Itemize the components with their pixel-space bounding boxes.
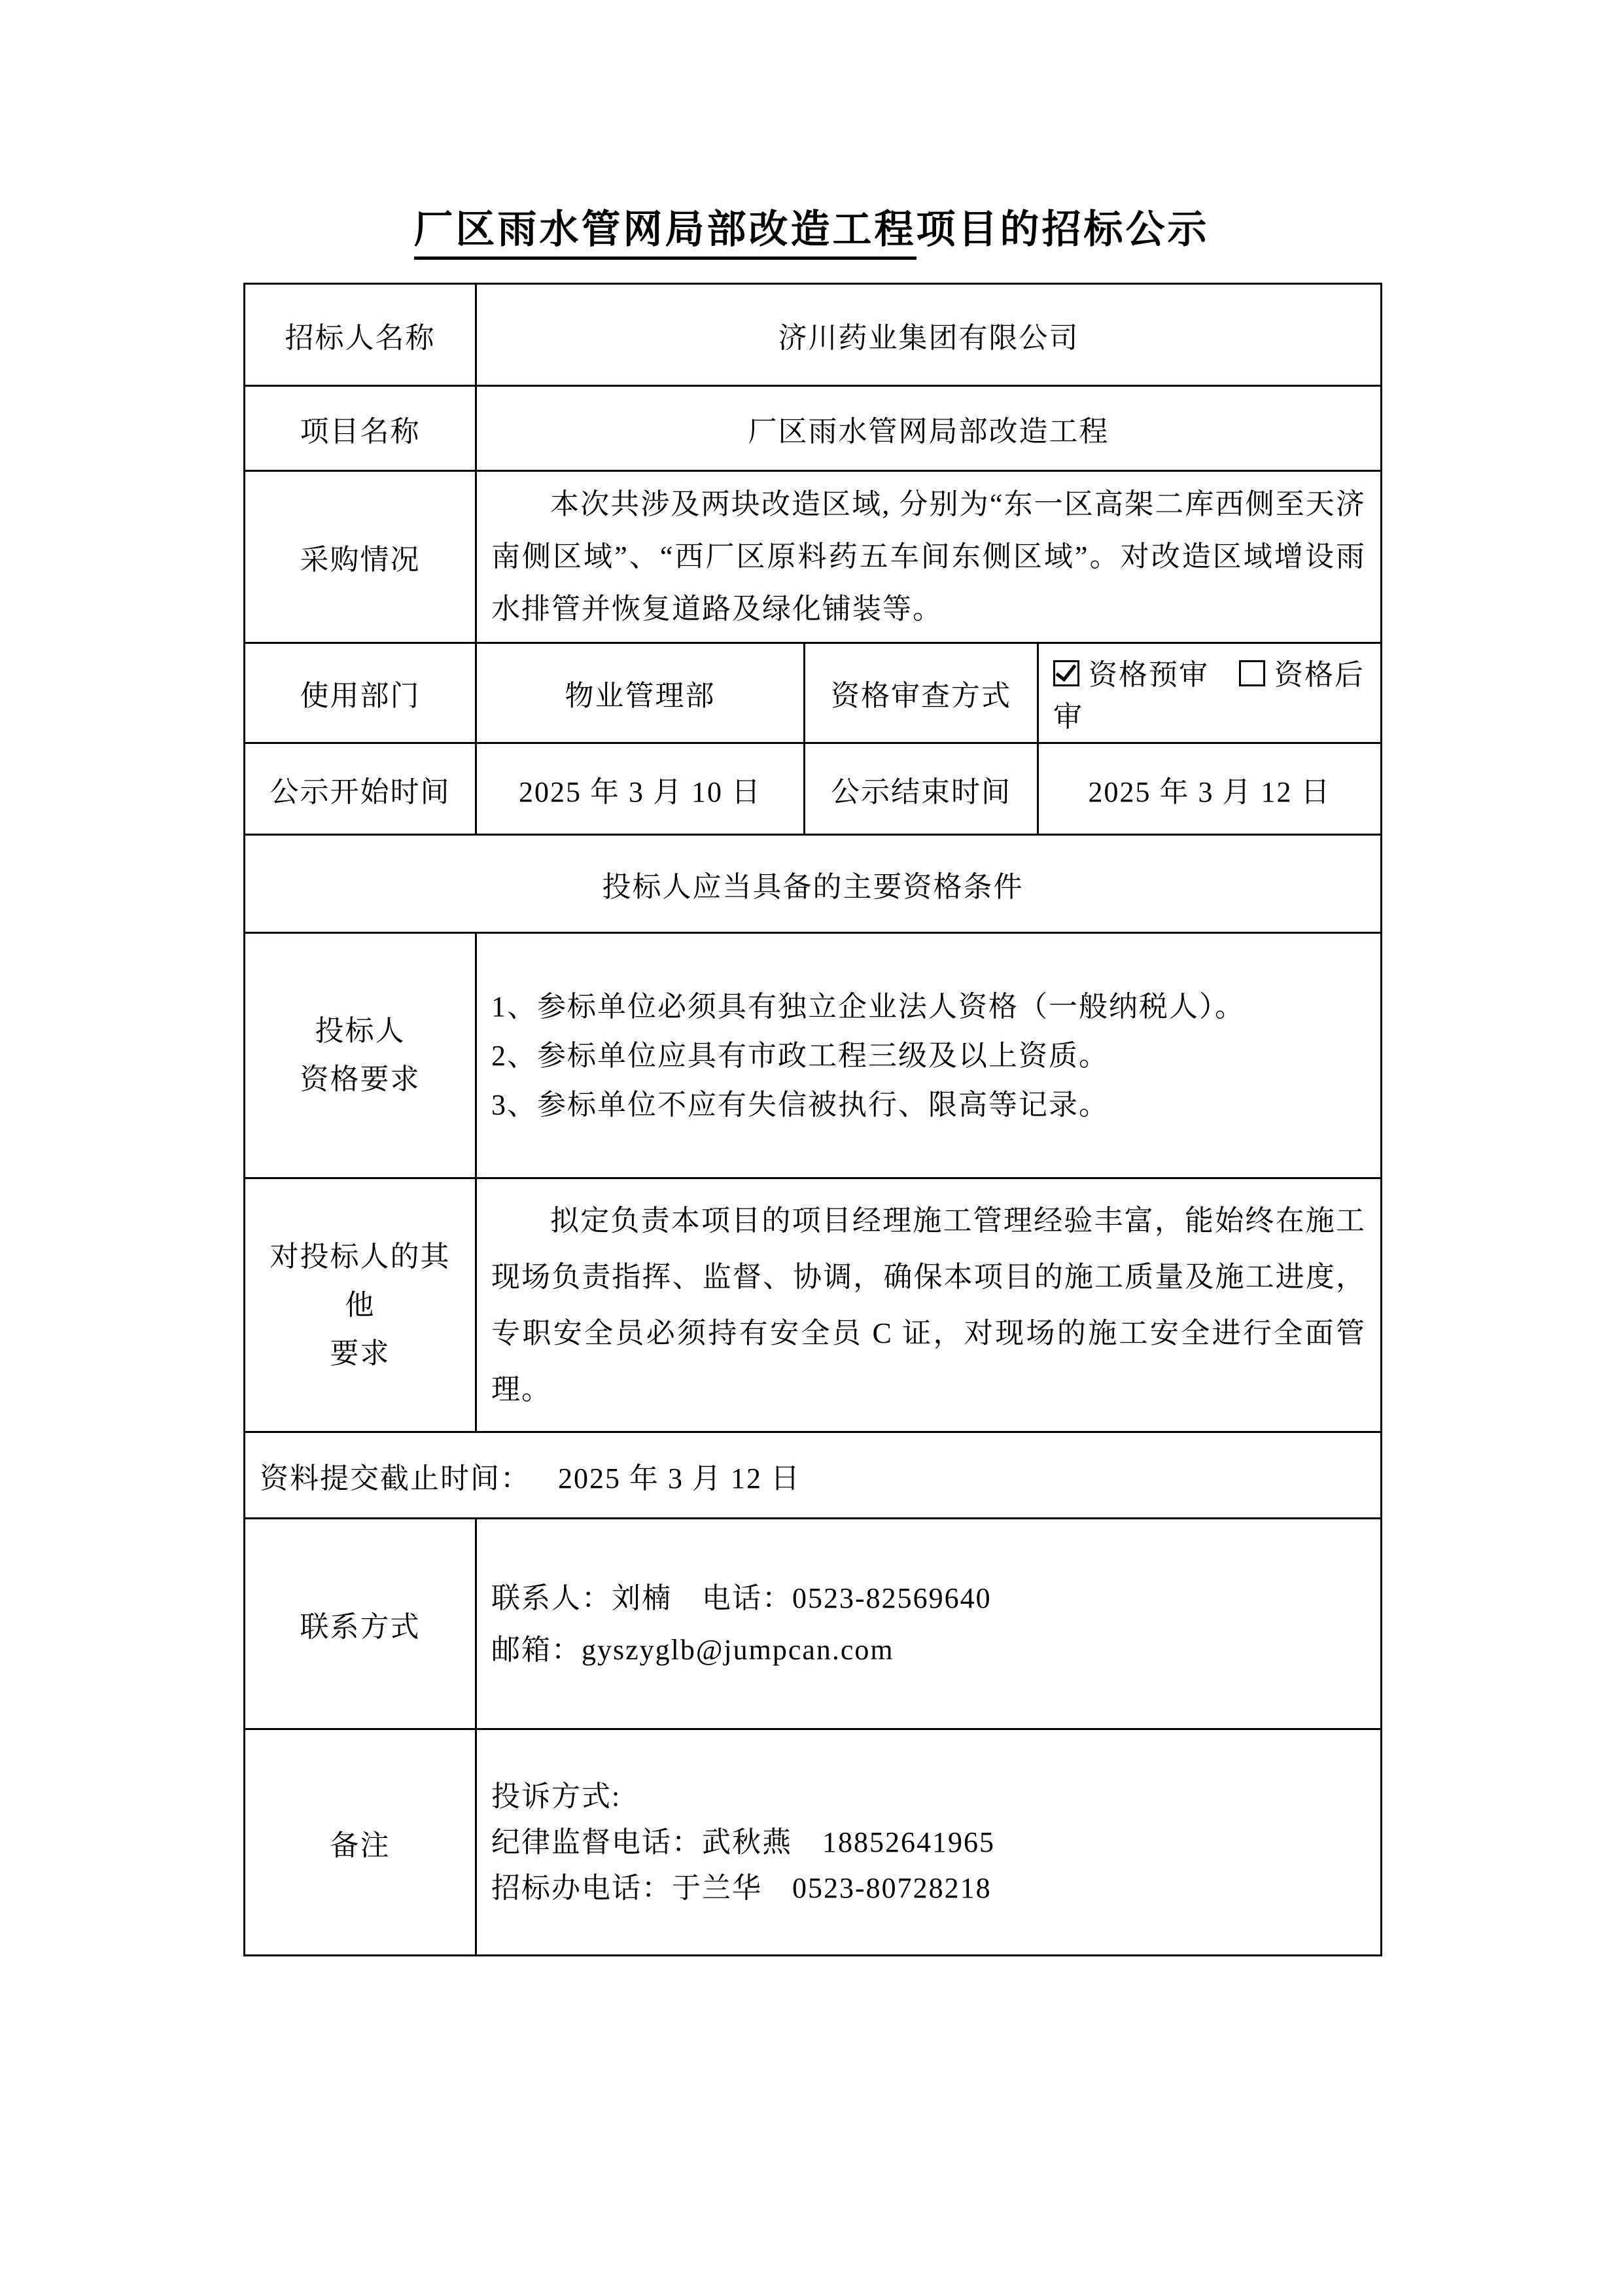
remarks-line1: 投诉方式: [491, 1774, 1366, 1820]
row-publicity-period: 公示开始时间 2025 年 3 月 10 日 公示结束时间 2025 年 3 月… [245, 743, 1382, 835]
using-department-value: 物业管理部 [476, 643, 805, 743]
publicity-start-label: 公示开始时间 [245, 743, 476, 835]
publicity-end-value: 2025 年 3 月 12 日 [1038, 743, 1382, 835]
page-title-underlined: 厂区雨水管网局部改造工程 [414, 208, 916, 260]
row-qualification-header: 投标人应当具备的主要资格条件 [245, 835, 1382, 933]
row-submission-deadline: 资料提交截止时间：2025 年 3 月 12 日 [245, 1432, 1382, 1519]
other-requirements-label-line2: 要求 [260, 1330, 461, 1378]
tender-table: 招标人名称 济川药业集团有限公司 项目名称 厂区雨水管网局部改造工程 采购情况 … [243, 283, 1382, 1956]
project-name-value: 厂区雨水管网局部改造工程 [476, 386, 1382, 471]
publicity-start-value: 2025 年 3 月 10 日 [476, 743, 805, 835]
row-contact: 联系方式 联系人：刘楠 电话：0523-82569640 邮箱：gyszyglb… [245, 1519, 1382, 1729]
bidder-qualification-label-line1: 投标人 [260, 1007, 461, 1055]
qualification-item-2: 2、参标单位应具有市政工程三级及以上资质。 [491, 1031, 1366, 1080]
document-page: 厂区雨水管网局部改造工程项目的招标公示 招标人名称 济川药业集团有限公司 项目名… [0, 0, 1623, 2296]
remarks-label: 备注 [245, 1729, 476, 1956]
row-bidder-name: 招标人名称 济川药业集团有限公司 [245, 284, 1382, 386]
bidder-qualification-items: 1、参标单位必须具有独立企业法人资格（一般纳税人）。 2、参标单位应具有市政工程… [476, 933, 1382, 1178]
submission-deadline-value: 2025 年 3 月 12 日 [558, 1462, 801, 1494]
other-requirements-label: 对投标人的其他 要求 [245, 1178, 476, 1432]
remarks-cell: 投诉方式: 纪律监督电话：武秋燕 18852641965 招标办电话：于兰华 0… [476, 1729, 1382, 1956]
qualification-review-label: 资格审查方式 [805, 643, 1038, 743]
contact-email-line: 邮箱：gyszyglb@jumpcan.com [491, 1624, 1366, 1676]
using-department-label: 使用部门 [245, 643, 476, 743]
publicity-end-label: 公示结束时间 [805, 743, 1038, 835]
checkbox-unchecked-icon [1239, 660, 1265, 686]
row-procurement: 采购情况 本次共涉及两块改造区域, 分别为“东一区高架二库西侧至天济南侧区域”、… [245, 471, 1382, 643]
other-requirements-value: 拟定负责本项目的项目经理施工管理经验丰富，能始终在施工现场负责指挥、监督、协调，… [491, 1193, 1366, 1418]
qualification-item-1: 1、参标单位必须具有独立企业法人资格（一般纳税人）。 [491, 982, 1366, 1031]
procurement-value: 本次共涉及两块改造区域, 分别为“东一区高架二库西侧至天济南侧区域”、“西厂区原… [491, 478, 1366, 635]
submission-deadline-cell: 资料提交截止时间：2025 年 3 月 12 日 [245, 1432, 1382, 1519]
project-name-label: 项目名称 [245, 386, 476, 471]
remarks-line2: 纪律监督电话：武秋燕 18852641965 [491, 1820, 1366, 1865]
row-project-name: 项目名称 厂区雨水管网局部改造工程 [245, 386, 1382, 471]
page-title: 厂区雨水管网局部改造工程项目的招标公示 [0, 206, 1623, 253]
remarks-line3: 招标办电话：于兰华 0523-80728218 [491, 1865, 1366, 1911]
submission-deadline-label: 资料提交截止时间： [260, 1462, 531, 1494]
checkbox-checked-icon [1053, 660, 1079, 686]
bidder-qualification-label: 投标人 资格要求 [245, 933, 476, 1178]
bidder-name-label: 招标人名称 [245, 284, 476, 386]
bidder-qualification-label-line2: 资格要求 [260, 1055, 461, 1104]
row-other-requirements: 对投标人的其他 要求 拟定负责本项目的项目经理施工管理经验丰富，能始终在施工现场… [245, 1178, 1382, 1432]
page-title-rest: 项目的招标公示 [916, 208, 1210, 251]
row-using-department: 使用部门 物业管理部 资格审查方式 资格预审资格后审 [245, 643, 1382, 743]
contact-label: 联系方式 [245, 1519, 476, 1729]
procurement-value-cell: 本次共涉及两块改造区域, 分别为“东一区高架二库西侧至天济南侧区域”、“西厂区原… [476, 471, 1382, 643]
row-remarks: 备注 投诉方式: 纪律监督电话：武秋燕 18852641965 招标办电话：于兰… [245, 1729, 1382, 1956]
qualification-item-3: 3、参标单位不应有失信被执行、限高等记录。 [491, 1080, 1366, 1129]
qualification-review-options: 资格预审资格后审 [1038, 643, 1382, 743]
other-requirements-label-line1: 对投标人的其他 [260, 1233, 461, 1330]
other-requirements-cell: 拟定负责本项目的项目经理施工管理经验丰富，能始终在施工现场负责指挥、监督、协调，… [476, 1178, 1382, 1432]
qualification-prereview-label: 资格预审 [1089, 659, 1209, 691]
contact-cell: 联系人：刘楠 电话：0523-82569640 邮箱：gyszyglb@jump… [476, 1519, 1382, 1729]
procurement-label: 采购情况 [245, 471, 476, 643]
row-bidder-qualification: 投标人 资格要求 1、参标单位必须具有独立企业法人资格（一般纳税人）。 2、参标… [245, 933, 1382, 1178]
qualification-header: 投标人应当具备的主要资格条件 [245, 835, 1382, 933]
contact-person-line: 联系人：刘楠 电话：0523-82569640 [491, 1572, 1366, 1624]
bidder-name-value: 济川药业集团有限公司 [476, 284, 1382, 386]
